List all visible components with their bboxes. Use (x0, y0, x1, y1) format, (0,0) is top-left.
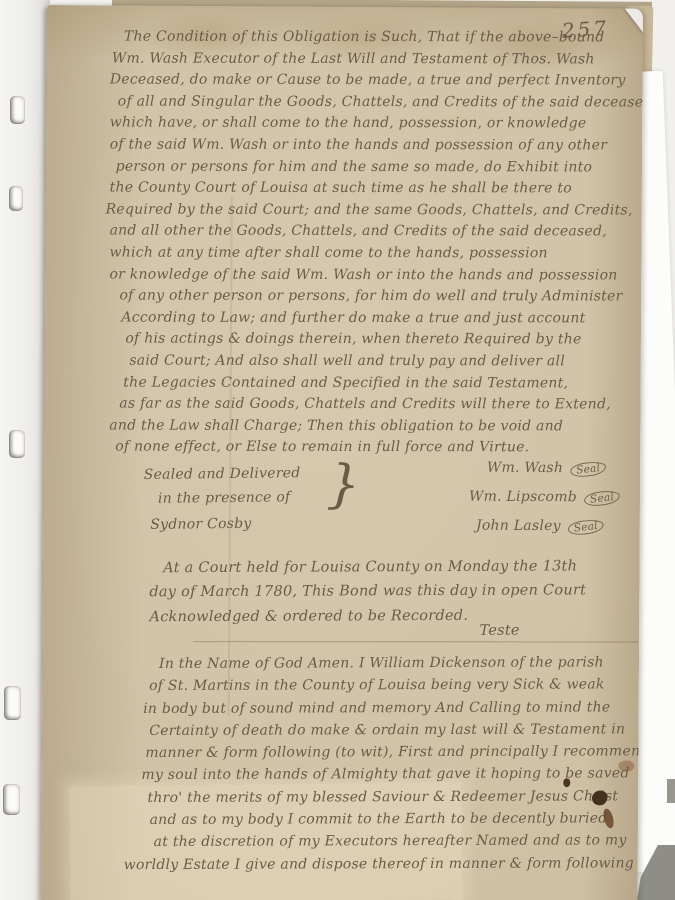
bond-line: of his actings & doings therein, when th… (125, 329, 637, 351)
ink-blot (563, 778, 570, 787)
will-line: thro' the merits of my blessed Saviour &… (147, 785, 643, 809)
bond-line: the Legacies Contained and Specified in … (123, 372, 637, 394)
bond-line: Deceased, do make or Cause to be made, a… (110, 70, 638, 93)
bond-line: the County Court of Louisa at such time … (110, 178, 638, 201)
bond-line: or knowledge of the said Wm. Wash or int… (109, 264, 637, 287)
bond-line: and the Law shall Charge; Then this obli… (109, 415, 637, 438)
bond-line: of any other person or persons, for him … (119, 286, 637, 308)
binder-hole (4, 686, 21, 720)
court-record-line: At a Court held for Louisa County on Mon… (163, 554, 643, 580)
signatures-block: Wm. WashSeal Wm. LipscombSeal John Lasle… (424, 459, 617, 547)
witness-signature: Sydnor Cosby (150, 511, 301, 537)
signature-name: Wm. Lipscomb (469, 489, 577, 506)
will-line: Certainty of death do make & ordain my l… (149, 718, 643, 742)
will-line: in body but of sound mind and memory And… (143, 696, 643, 720)
photo-background: 257 The Condition of this Obligation is … (0, 0, 675, 900)
court-record-paragraph: At a Court held for Louisa County on Mon… (149, 554, 643, 644)
binder-hole (10, 96, 25, 124)
signature-name: John Lasley (476, 518, 561, 535)
bond-line: which at any time after shall come to th… (110, 242, 638, 265)
dog-ear-corner (624, 8, 643, 34)
attestation-line: in the presence of (158, 485, 301, 511)
bond-paragraph: The Condition of this Obligation is Such… (109, 27, 638, 460)
binder-hole (9, 186, 23, 211)
ink-stain (618, 761, 634, 772)
attestation-block: Sealed and Delivered in the presence of … (144, 461, 302, 537)
teste-note: Teste (479, 618, 643, 643)
bond-line: person or persons for him and the same s… (116, 156, 638, 179)
will-line: and as to my body I commit to the Earth … (150, 807, 643, 831)
bond-line: Required by the said Court; and the same… (106, 199, 638, 222)
attestation-brace: } (326, 454, 362, 515)
will-line: at the discretion of my Executors hereaf… (154, 830, 643, 854)
bond-line: and all other the Goods, Chattels, and C… (110, 221, 638, 244)
signature-row: Wm. LipscombSeal (424, 488, 620, 518)
bond-line: said Court; And also shall well and trul… (129, 350, 637, 372)
seal-flourish: Seal (567, 518, 604, 536)
bond-line: The Condition of this Obligation is Such… (124, 27, 638, 49)
will-line: manner & form following (to wit), First … (145, 740, 643, 764)
will-line: In the Name of God Amen. I William Dicke… (159, 651, 643, 675)
bond-line: of none effect, or Else to remain in ful… (115, 437, 637, 460)
court-record-line: day of March 1780, This Bond was this da… (149, 578, 643, 604)
seal-flourish: Seal (569, 460, 606, 478)
binder-hole (3, 784, 20, 815)
will-line: worldly Estate I give and dispose thereo… (124, 852, 643, 876)
manuscript-page: 257 The Condition of this Obligation is … (42, 5, 643, 900)
will-line: of St. Martins in the County of Louisa b… (149, 674, 643, 698)
seal-flourish: Seal (583, 489, 620, 507)
bond-line: According to Law; and further do make a … (121, 307, 637, 329)
will-paragraph: In the Name of God Amen. I William Dicke… (137, 651, 643, 876)
attestation-line: Sealed and Delivered (144, 461, 301, 487)
binder-hole (9, 430, 25, 458)
bond-line: which have, or shall come to the hand, p… (110, 113, 638, 136)
bond-line: as far as the said Goods, Chattels and C… (119, 394, 637, 416)
signature-row: John LasleySeal (424, 517, 604, 547)
desk-edge-sliver (667, 779, 675, 803)
signature-name: Wm. Wash (487, 460, 563, 476)
bond-line: Wm. Wash Executor of the Last Will and T… (112, 48, 638, 71)
signature-row: Wm. WashSeal (424, 459, 606, 489)
bond-line: of all and Singular the Goods, Chattels,… (118, 91, 638, 114)
bond-line: of the said Wm. Wash or into the hands a… (110, 135, 638, 158)
